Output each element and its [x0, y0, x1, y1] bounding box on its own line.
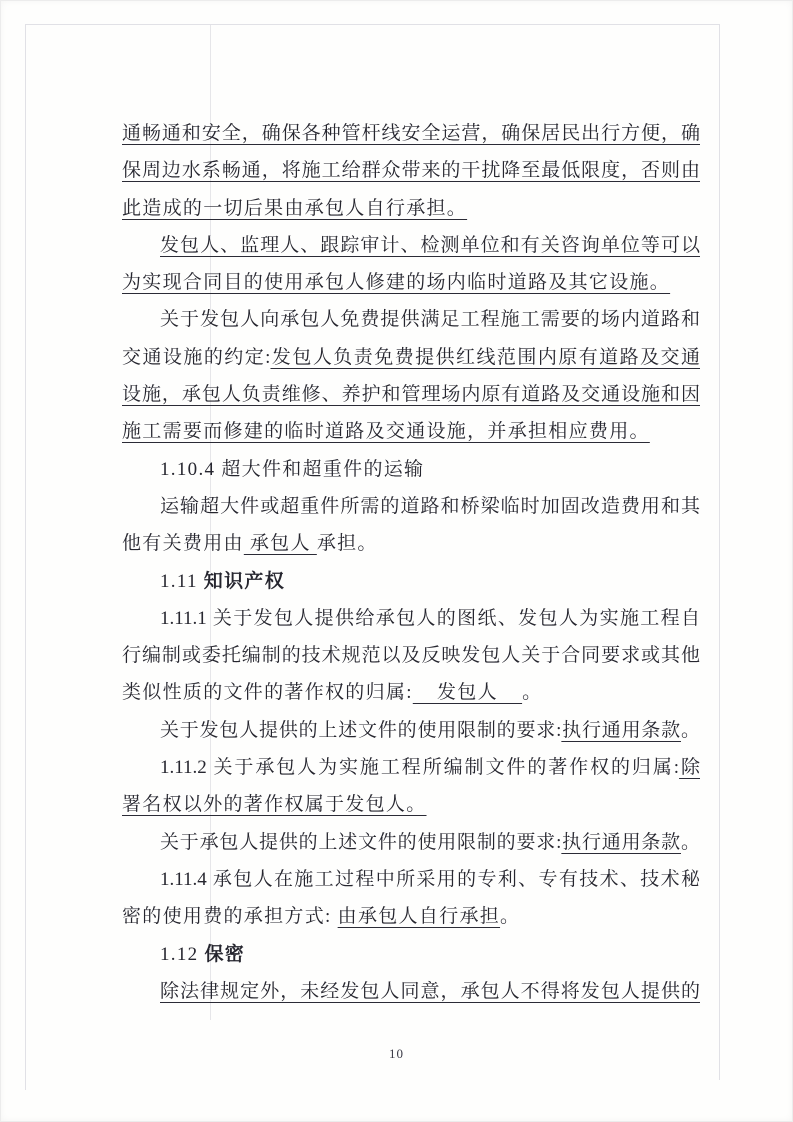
text-segment: 。	[681, 832, 700, 853]
text-segment: 。	[522, 682, 542, 703]
para-oversize-transport-line-2: 他有关费用由 承包人 承担。	[122, 525, 700, 562]
para-site-road-agreement-line-3: 设施，承包人负责维修、养护和管理场内原有道路及交通设施和因	[122, 376, 700, 413]
underlined-text: 由承包人自行承担	[338, 906, 500, 927]
text-segment: 1.11.2 关于承包人为实施工程所编制文件的著作权的归属:	[160, 757, 679, 778]
para-temp-road-use-line-2: 为实现合同目的使用承包人修建的场内临时道路及其它设施。	[122, 264, 700, 301]
underlined-text: 执行通用条款	[561, 720, 681, 741]
para-site-road-agreement-line-1: 关于发包人向承包人免费提供满足工程施工需要的场内道路和	[122, 301, 700, 338]
para-oversize-transport-line-1: 运输超大件或超重件所需的道路和桥梁临时加固改造费用和其	[122, 488, 700, 525]
underlined-text: 承包人	[244, 533, 317, 554]
text-segment: 1.11.4 承包人在施工过程中所采用的专利、专有技术、技术秘	[160, 869, 700, 890]
underlined-text: 发包人负责免费提供红线范围内原有道路及交通	[270, 347, 700, 368]
para-site-road-agreement-line-2: 交通设施的约定:发包人负责免费提供红线范围内原有道路及交通	[122, 339, 700, 376]
text-segment: 承担。	[317, 533, 378, 554]
para-road-safety-line-1: 通畅通和安全，确保各种管杆线安全运营，确保居民出行方便，确	[122, 115, 700, 152]
section-1-12-heading: 1.12 保密	[122, 936, 700, 973]
text-segment: 1.10.4 超大件和超重件的运输	[160, 459, 424, 480]
para-temp-road-use-line-1: 发包人、监理人、跟踪审计、检测单位和有关咨询单位等可以	[122, 227, 700, 264]
text-segment: 。	[500, 906, 520, 927]
text-segment: 行编制或委托编制的技术规范以及反映发包人关于合同要求或其他	[122, 645, 700, 666]
underlined-text: 发包人	[413, 682, 522, 703]
para-1-11-1-line-2: 行编制或委托编制的技术规范以及反映发包人关于合同要求或其他	[122, 637, 700, 674]
para-employer-doc-restriction: 关于发包人提供的上述文件的使用限制的要求:执行通用条款。	[122, 712, 700, 749]
underlined-text: 执行通用条款	[561, 832, 681, 853]
text-block: 通畅通和安全，确保各种管杆线安全运营，确保居民出行方便，确保周边水系畅通，将施工…	[122, 115, 700, 1010]
para-road-safety-line-2: 保周边水系畅通，将施工给群众带来的干扰降至最低限度，否则由	[122, 152, 700, 189]
para-contractor-doc-restriction: 关于承包人提供的上述文件的使用限制的要求:执行通用条款。	[122, 824, 700, 861]
para-1-11-1-line-3: 类似性质的文件的著作权的归属: 发包人 。	[122, 674, 700, 711]
text-segment: 1.11	[160, 571, 204, 592]
text-segment: 。	[681, 720, 700, 741]
scan-border-top	[25, 24, 720, 25]
underlined-text: 除	[679, 757, 700, 778]
underlined-text: 通畅通和安全，确保各种管杆线安全运营，确保居民出行方便，确	[122, 123, 700, 144]
text-segment: 关于承包人提供的上述文件的使用限制的要求:	[160, 832, 561, 853]
text-segment: 知识产权	[204, 571, 285, 592]
text-segment: 密的使用费的承担方式:	[122, 906, 338, 927]
section-1-11-heading: 1.11 知识产权	[122, 563, 700, 600]
para-1-11-2-line-2: 署名权以外的著作权属于发包人。	[122, 786, 700, 823]
text-segment: 1.11.1 关于发包人提供给承包人的图纸、发包人为实施工程自	[160, 608, 700, 629]
text-segment: 关于发包人向承包人免费提供满足工程施工需要的场内道路和	[160, 309, 700, 330]
para-confidentiality-line-1: 除法律规定外，未经发包人同意，承包人不得将发包人提供的	[122, 973, 700, 1010]
text-segment: 1.12	[160, 944, 205, 965]
underlined-text: 保周边水系畅通，将施工给群众带来的干扰降至最低限度，否则由	[122, 160, 700, 181]
text-segment: 类似性质的文件的著作权的归属:	[122, 682, 413, 703]
scanned-contract-page: 通畅通和安全，确保各种管杆线安全运营，确保居民出行方便，确保周边水系畅通，将施工…	[0, 0, 793, 1122]
para-1-11-1-line-1: 1.11.1 关于发包人提供给承包人的图纸、发包人为实施工程自	[122, 600, 700, 637]
text-segment: 交通设施的约定:	[122, 347, 270, 368]
underlined-text: 此造成的一切后果由承包人自行承担。	[122, 198, 467, 219]
para-1-11-4-line-2: 密的使用费的承担方式: 由承包人自行承担。	[122, 898, 700, 935]
underlined-text: 除法律规定外，未经发包人同意，承包人不得将发包人提供的	[160, 981, 700, 1002]
page-number: 10	[0, 1046, 793, 1062]
scan-border-right	[719, 24, 720, 1080]
text-segment: 保密	[205, 944, 246, 965]
underlined-text: 施工需要而修建的临时道路及交通设施，并承担相应费用。	[122, 421, 650, 442]
underlined-text: 为实现合同目的使用承包人修建的场内临时道路及其它设施。	[122, 272, 670, 293]
text-segment: 运输超大件或超重件所需的道路和桥梁临时加固改造费用和其	[160, 496, 700, 517]
text-segment: 他有关费用由	[122, 533, 244, 554]
para-road-safety-line-3: 此造成的一切后果由承包人自行承担。	[122, 190, 700, 227]
underlined-text: 设施，承包人负责维修、养护和管理场内原有道路及交通设施和因	[122, 384, 700, 405]
underlined-text: 发包人、监理人、跟踪审计、检测单位和有关咨询单位等可以	[160, 235, 700, 256]
underlined-text: 署名权以外的著作权属于发包人。	[122, 794, 427, 815]
para-site-road-agreement-line-4: 施工需要而修建的临时道路及交通设施，并承担相应费用。	[122, 413, 700, 450]
scan-border-left	[25, 24, 26, 1090]
para-1-11-4-line-1: 1.11.4 承包人在施工过程中所采用的专利、专有技术、技术秘	[122, 861, 700, 898]
para-1-11-2-line-1: 1.11.2 关于承包人为实施工程所编制文件的著作权的归属:除	[122, 749, 700, 786]
section-1-10-4-heading: 1.10.4 超大件和超重件的运输	[122, 451, 700, 488]
text-segment: 关于发包人提供的上述文件的使用限制的要求:	[160, 720, 561, 741]
